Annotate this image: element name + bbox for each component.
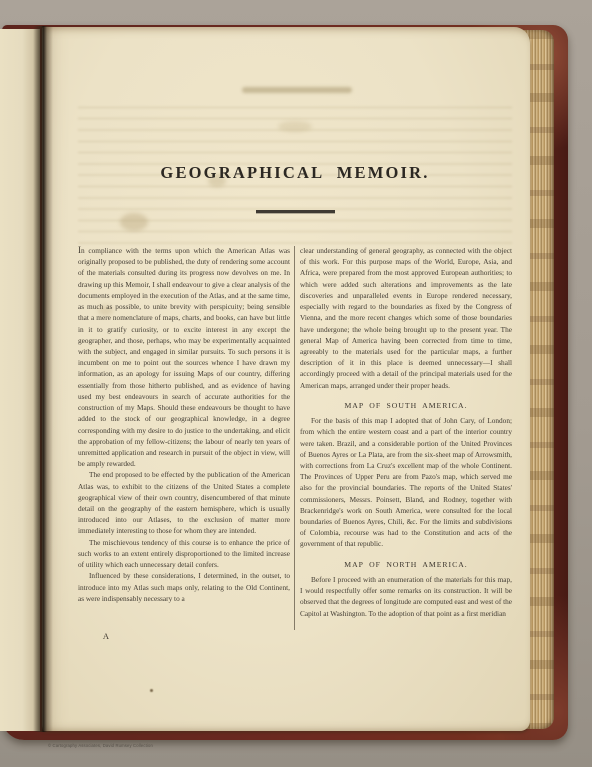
scanned-book-photo: GEOGRAPHICAL MEMOIR. In compliance with … — [0, 0, 592, 767]
page-stain — [278, 121, 312, 132]
page-speck — [150, 689, 153, 692]
left-column: In compliance with the terms upon which … — [78, 245, 290, 604]
paragraph: Influenced by these considerations, I de… — [78, 570, 290, 604]
paragraph: The mischievous tendency of this course … — [78, 537, 290, 571]
section-heading: MAP OF SOUTH AMERICA. — [300, 400, 512, 411]
section-heading: MAP OF NORTH AMERICA. — [300, 559, 512, 570]
book-page: GEOGRAPHICAL MEMOIR. In compliance with … — [42, 27, 530, 731]
paragraph: For the basis of this map I adopted that… — [300, 415, 512, 550]
column-divider-rule — [294, 246, 295, 630]
page-title: GEOGRAPHICAL MEMOIR. — [78, 163, 512, 183]
page-stain — [120, 213, 148, 231]
signature-mark: A — [96, 631, 116, 641]
paragraph: The end proposed to be effected by the p… — [78, 469, 290, 536]
title-rule — [256, 210, 335, 213]
paragraph: Before I proceed with an enumeration of … — [300, 574, 512, 619]
book-gutter-crease — [33, 26, 53, 732]
header-bleed-through — [242, 87, 352, 93]
paragraph: In compliance with the terms upon which … — [78, 245, 290, 469]
watermark-credit: © Cartography Associates, David Rumsey C… — [48, 743, 153, 748]
right-column: clear understanding of general geography… — [300, 245, 512, 619]
paragraph: clear understanding of general geography… — [300, 245, 512, 391]
